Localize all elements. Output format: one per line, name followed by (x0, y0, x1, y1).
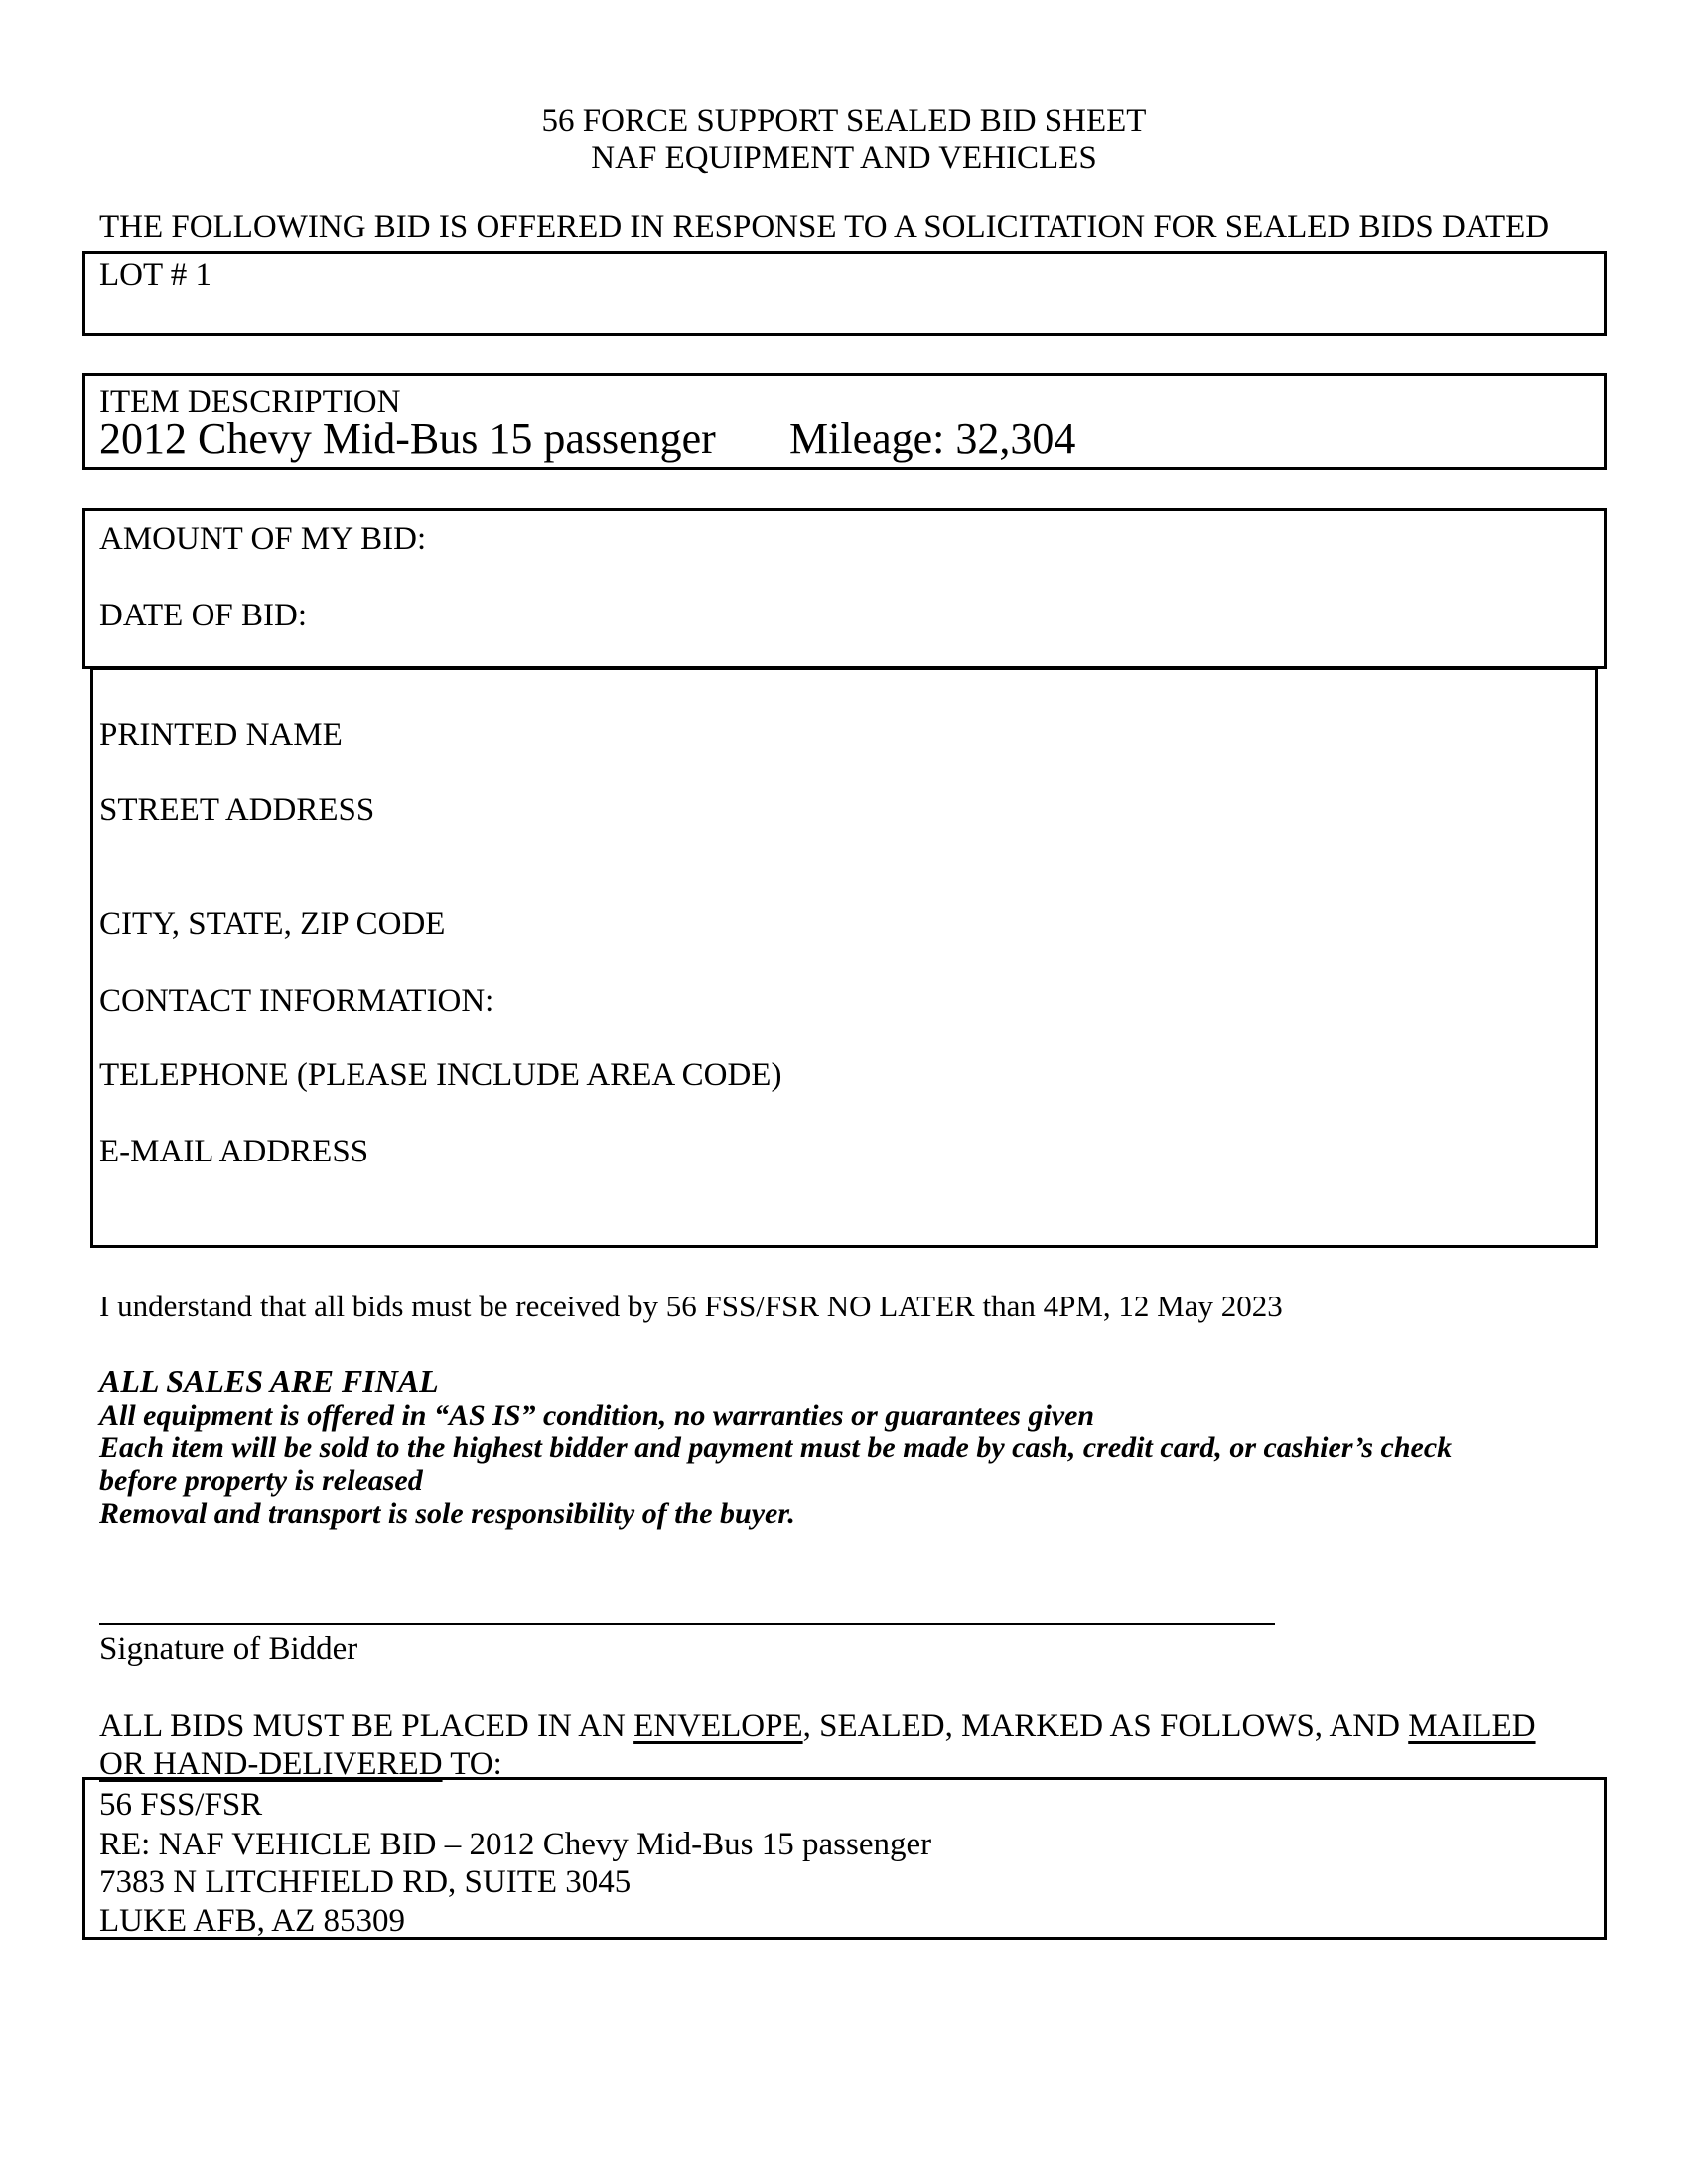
terms-line: Removal and transport is sole responsibi… (99, 1499, 795, 1529)
deadline-statement: I understand that all bids must be recei… (99, 1291, 1283, 1321)
terms-line: before property is released (99, 1466, 423, 1496)
instructions-text: ALL BIDS MUST BE PLACED IN AN (99, 1708, 633, 1744)
item-description-value: 2012 Chevy Mid-Bus 15 passenger (99, 417, 716, 461)
instructions-text: , SEALED, MARKED AS FOLLOWS, AND (803, 1708, 1409, 1744)
contact-information-label: CONTACT INFORMATION: (99, 985, 493, 1018)
item-description-box: ITEM DESCRIPTION 2012 Chevy Mid-Bus 15 p… (82, 373, 1607, 470)
printed-name-field[interactable]: PRINTED NAME (99, 719, 343, 751)
address-line: 56 FSS/FSR (99, 1789, 262, 1822)
bidder-info-box: PRINTED NAME STREET ADDRESS CITY, STATE,… (90, 667, 1598, 1248)
signature-line[interactable] (99, 1623, 1275, 1625)
form-title: 56 FORCE SUPPORT SEALED BID SHEET (0, 105, 1688, 138)
signature-label: Signature of Bidder (99, 1633, 357, 1666)
item-mileage: Mileage: 32,304 (789, 417, 1075, 461)
street-address-field[interactable]: STREET ADDRESS (99, 794, 374, 827)
amount-of-bid-field[interactable]: AMOUNT OF MY BID: (99, 523, 426, 556)
address-line: 7383 N LITCHFIELD RD, SUITE 3045 (99, 1866, 631, 1899)
date-of-bid-field[interactable]: DATE OF BID: (99, 600, 307, 632)
address-line: RE: NAF VEHICLE BID – 2012 Chevy Mid-Bus… (99, 1829, 931, 1861)
email-address-field[interactable]: E-MAIL ADDRESS (99, 1136, 368, 1168)
address-line: LUKE AFB, AZ 85309 (99, 1905, 405, 1938)
terms-line: All equipment is offered in “AS IS” cond… (99, 1401, 1094, 1431)
city-state-zip-field[interactable]: CITY, STATE, ZIP CODE (99, 908, 445, 941)
mailing-instructions: ALL BIDS MUST BE PLACED IN AN ENVELOPE, … (99, 1710, 1536, 1743)
lot-label: LOT # 1 (99, 259, 211, 292)
all-sales-final-heading: ALL SALES ARE FINAL (99, 1365, 439, 1397)
bid-box: AMOUNT OF MY BID: DATE OF BID: (82, 508, 1607, 669)
lot-box[interactable]: LOT # 1 (82, 251, 1607, 336)
telephone-field[interactable]: TELEPHONE (PLEASE INCLUDE AREA CODE) (99, 1059, 781, 1092)
solicitation-statement: THE FOLLOWING BID IS OFFERED IN RESPONSE… (99, 211, 1549, 244)
form-subtitle: NAF EQUIPMENT AND VEHICLES (0, 142, 1688, 175)
envelope-emphasis: ENVELOPE (633, 1708, 802, 1744)
terms-line: Each item will be sold to the highest bi… (99, 1433, 1452, 1463)
mailed-emphasis: MAILED (1408, 1708, 1535, 1744)
mailing-address-box: 56 FSS/FSR RE: NAF VEHICLE BID – 2012 Ch… (82, 1777, 1607, 1940)
